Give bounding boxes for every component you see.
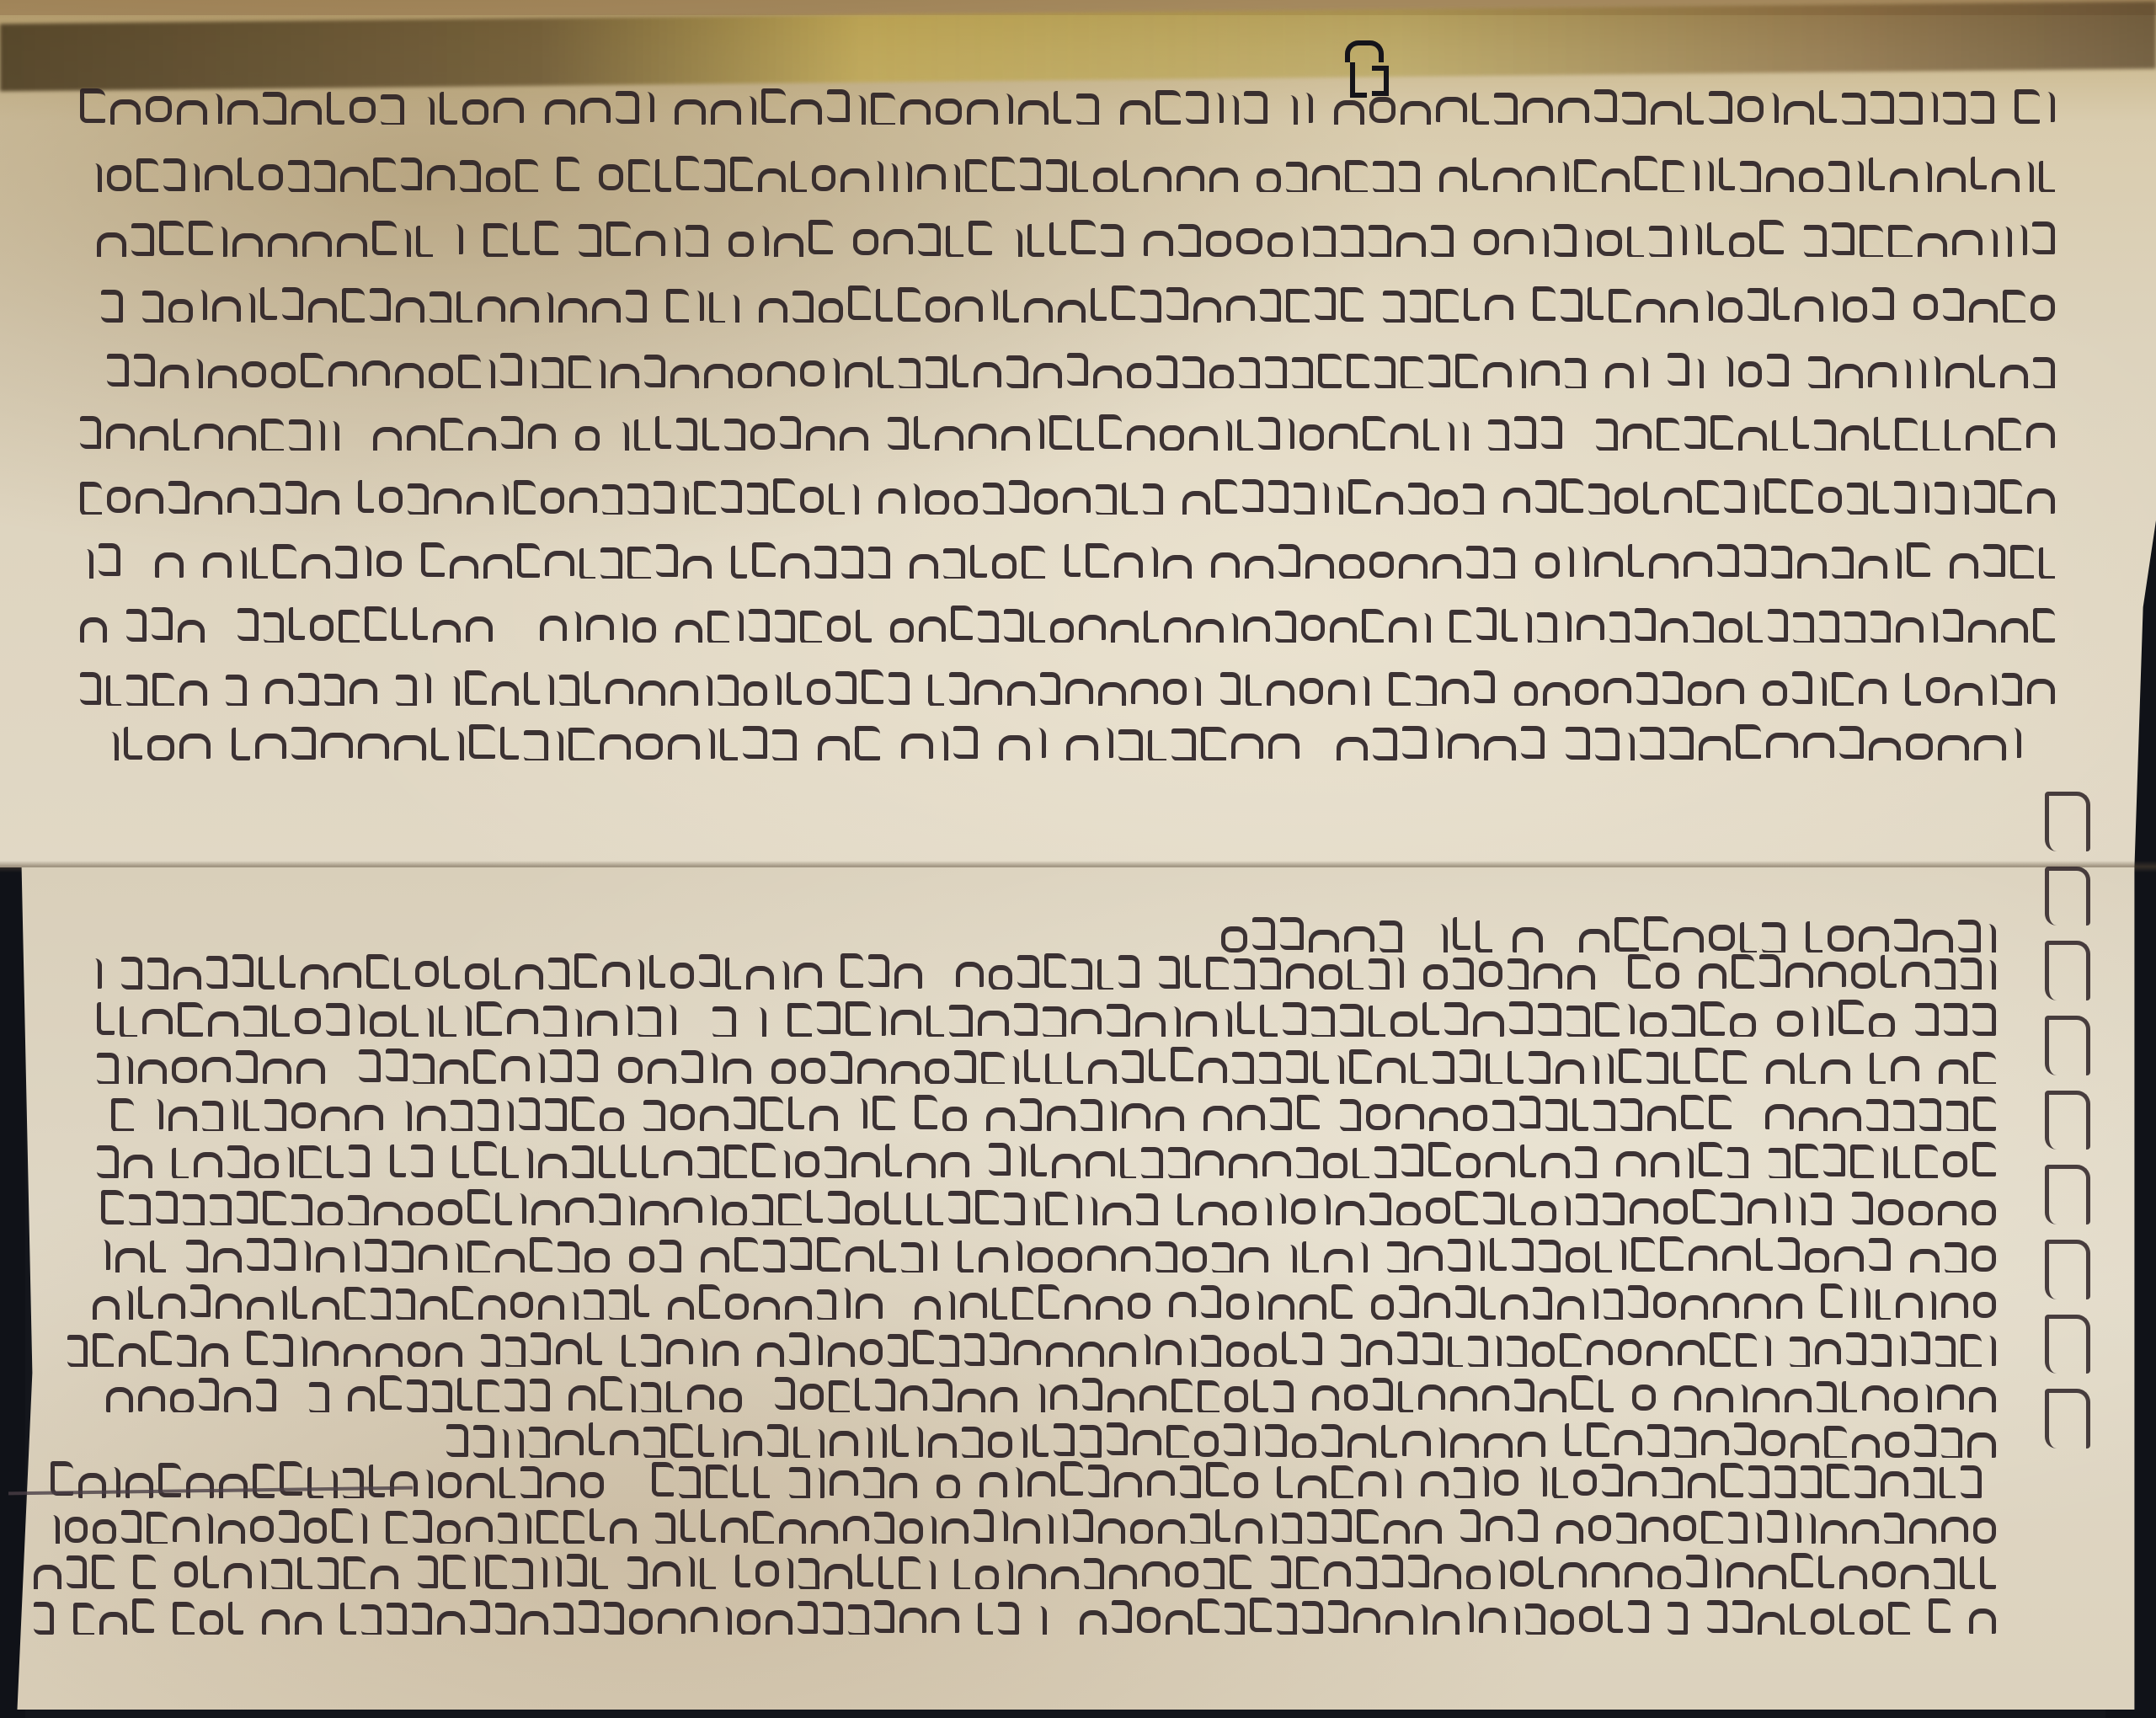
- script-glyph: [1067, 1052, 1083, 1084]
- script-glyph: [1433, 554, 1461, 579]
- script-glyph: [138, 1059, 167, 1084]
- script-glyph: [1871, 1334, 1892, 1367]
- script-glyph: [855, 95, 865, 125]
- script-glyph: [1938, 735, 1970, 760]
- script-glyph: [1969, 1609, 1996, 1634]
- script-glyph: [1288, 95, 1298, 125]
- script-glyph: [974, 1509, 994, 1542]
- script-glyph: [1120, 1148, 1136, 1178]
- script-glyph: [1514, 416, 1535, 449]
- script-glyph: [420, 1296, 447, 1320]
- script-glyph: [1337, 737, 1369, 760]
- manuscript-line: [80, 412, 2055, 451]
- script-glyph: [172, 1057, 196, 1083]
- script-glyph: [1101, 224, 1123, 257]
- script-glyph: [295, 1008, 321, 1034]
- script-glyph: [1687, 92, 1705, 125]
- script-glyph: [789, 1467, 810, 1498]
- script-glyph: [1283, 1002, 1306, 1035]
- script-glyph: [373, 427, 402, 451]
- script-glyph: [712, 1006, 736, 1037]
- script-glyph: [1014, 1340, 1041, 1365]
- script-glyph: [629, 1246, 654, 1272]
- script-glyph: [291, 100, 322, 125]
- script-glyph: [1311, 1006, 1335, 1037]
- script-glyph: [403, 1101, 412, 1131]
- script-glyph: [1888, 225, 1913, 257]
- script-glyph: [1091, 288, 1107, 321]
- script-glyph: [1852, 1192, 1874, 1224]
- script-glyph: [1455, 1285, 1476, 1318]
- script-glyph: [1396, 1202, 1421, 1225]
- script-glyph: [1709, 925, 1735, 951]
- script-glyph: [93, 1296, 120, 1320]
- script-glyph: [848, 285, 871, 320]
- script-glyph: [1004, 1192, 1026, 1225]
- script-glyph: [259, 164, 283, 190]
- script-glyph: [2000, 479, 2022, 514]
- script-glyph: [255, 734, 287, 759]
- script-glyph: [954, 1559, 970, 1589]
- script-glyph: [752, 1194, 774, 1225]
- script-glyph: [1003, 93, 1013, 124]
- script-glyph: [913, 1330, 934, 1364]
- script-glyph: [926, 296, 950, 323]
- script-glyph: [1201, 727, 1227, 760]
- script-glyph: [1472, 157, 1488, 190]
- script-glyph: [1013, 1240, 1022, 1271]
- script-glyph: [1532, 1342, 1555, 1367]
- script-glyph: [1686, 1555, 1707, 1587]
- script-glyph: [155, 552, 184, 578]
- script-glyph: [569, 1292, 579, 1320]
- script-glyph: [415, 961, 440, 987]
- script-glyph: [1033, 363, 1062, 388]
- script-glyph: [1604, 678, 1631, 703]
- script-glyph: [401, 157, 422, 190]
- script-glyph: [958, 1240, 974, 1272]
- script-glyph: [1620, 1098, 1642, 1131]
- script-glyph: [1391, 1469, 1401, 1498]
- script-glyph: [788, 1096, 804, 1129]
- script-glyph: [1344, 1385, 1368, 1411]
- script-glyph: [109, 732, 119, 760]
- script-glyph: [876, 1006, 886, 1036]
- script-glyph: [538, 1154, 567, 1178]
- script-glyph: [1415, 1519, 1442, 1544]
- script-glyph: [1065, 1294, 1091, 1320]
- script-glyph: [1251, 1426, 1260, 1456]
- script-glyph: [724, 1144, 748, 1178]
- script-glyph: [159, 221, 184, 255]
- script-glyph: [535, 1053, 544, 1083]
- script-glyph: [1051, 1566, 1079, 1589]
- script-glyph: [291, 1102, 316, 1128]
- script-glyph: [1231, 734, 1263, 759]
- script-glyph: [1366, 1104, 1390, 1130]
- script-glyph: [1422, 613, 1431, 643]
- script-glyph: [1107, 1004, 1130, 1037]
- script-glyph: [1979, 355, 1995, 387]
- script-glyph: [1983, 544, 2005, 577]
- script-glyph: [1484, 1433, 1513, 1458]
- script-glyph: [1535, 480, 1556, 513]
- script-glyph: [638, 1006, 661, 1037]
- script-glyph: [843, 1516, 870, 1541]
- script-glyph: [675, 99, 705, 125]
- script-glyph: [213, 1248, 242, 1272]
- script-glyph: [1080, 1610, 1107, 1635]
- script-glyph: [519, 1097, 541, 1130]
- script-glyph: [1038, 1606, 1047, 1635]
- script-glyph: [1206, 231, 1231, 257]
- script-glyph: [133, 1555, 155, 1589]
- script-glyph: [1565, 547, 1574, 577]
- script-glyph: [890, 618, 914, 643]
- script-glyph: [1258, 417, 1279, 450]
- script-glyph: [1087, 1246, 1116, 1271]
- script-glyph: [676, 418, 697, 451]
- script-glyph: [194, 359, 203, 388]
- script-glyph: [610, 1518, 637, 1544]
- script-glyph: [328, 361, 357, 387]
- script-glyph: [1244, 91, 1267, 124]
- script-glyph: [1552, 1467, 1568, 1498]
- script-glyph: [1030, 1198, 1039, 1225]
- script-glyph: [1707, 222, 1724, 255]
- script-glyph: [386, 1511, 407, 1544]
- script-glyph: [1257, 168, 1281, 192]
- script-glyph: [307, 1467, 323, 1498]
- script-glyph: [1389, 672, 1411, 706]
- manuscript-line: [51, 1459, 1996, 1498]
- script-glyph: [1940, 1467, 1956, 1498]
- script-glyph: [1860, 1609, 1883, 1635]
- script-glyph: [416, 226, 433, 257]
- script-glyph: [750, 424, 775, 450]
- script-glyph: [1027, 1247, 1052, 1272]
- script-glyph: [1646, 1341, 1673, 1366]
- script-glyph: [120, 1006, 137, 1037]
- script-glyph: [1961, 1465, 1982, 1498]
- script-glyph: [1177, 1193, 1193, 1225]
- script-glyph: [863, 1427, 873, 1458]
- script-glyph: [648, 1059, 676, 1084]
- script-glyph: [1474, 229, 1499, 255]
- script-glyph: [653, 1561, 680, 1587]
- script-glyph: [655, 416, 671, 449]
- script-glyph: [1348, 479, 1370, 514]
- script-glyph: [318, 1202, 342, 1225]
- script-glyph: [422, 673, 431, 703]
- script-glyph: [1657, 418, 1679, 451]
- script-glyph: [413, 1054, 435, 1084]
- script-glyph: [1267, 680, 1294, 706]
- script-glyph: [1399, 161, 1420, 192]
- script-glyph: [1928, 1291, 1937, 1320]
- script-glyph: [443, 1555, 465, 1589]
- script-glyph: [1828, 291, 1838, 322]
- script-glyph: [767, 361, 796, 387]
- script-glyph: [1166, 1425, 1189, 1458]
- script-glyph: [1732, 1600, 1753, 1633]
- script-glyph: [301, 964, 328, 990]
- script-glyph: [1961, 958, 1982, 990]
- script-glyph: [1744, 544, 1766, 577]
- script-glyph: [452, 1243, 462, 1272]
- script-glyph: [348, 1386, 375, 1411]
- script-glyph: [596, 360, 606, 388]
- script-glyph: [1918, 233, 1947, 257]
- script-glyph: [841, 1288, 851, 1318]
- script-glyph: [107, 354, 129, 387]
- script-glyph: [975, 1190, 998, 1224]
- script-glyph: [888, 1334, 908, 1367]
- script-glyph: [1020, 157, 1041, 190]
- script-glyph: [935, 426, 963, 451]
- script-glyph: [1473, 1011, 1503, 1037]
- script-glyph: [407, 425, 435, 451]
- script-glyph: [635, 959, 644, 990]
- script-glyph: [1604, 1054, 1614, 1084]
- script-glyph: [1349, 1049, 1372, 1084]
- manuscript-line: [97, 218, 2055, 257]
- script-glyph: [1166, 1610, 1193, 1635]
- script-glyph: [1112, 285, 1134, 320]
- script-glyph: [926, 356, 947, 388]
- script-glyph: [1135, 1012, 1166, 1037]
- script-glyph: [919, 616, 946, 642]
- script-glyph: [1811, 1609, 1834, 1635]
- script-glyph: [652, 1462, 675, 1497]
- script-glyph: [1189, 426, 1218, 451]
- script-glyph: [800, 487, 824, 513]
- manuscript-line: [101, 1187, 1996, 1225]
- script-glyph: [949, 672, 970, 705]
- script-glyph: [1071, 958, 1092, 990]
- script-glyph: [1795, 296, 1823, 322]
- script-glyph: [2039, 547, 2055, 579]
- script-glyph: [767, 1424, 789, 1457]
- script-glyph: [1035, 419, 1044, 449]
- script-glyph: [1302, 1241, 1319, 1272]
- script-glyph: [754, 1466, 770, 1498]
- script-glyph: [1363, 416, 1385, 451]
- script-glyph: [990, 1332, 1010, 1365]
- script-glyph: [1577, 615, 1604, 640]
- manuscript-line: [97, 998, 1996, 1037]
- script-glyph: [666, 1005, 676, 1035]
- script-glyph: [1806, 921, 1823, 952]
- script-glyph: [515, 964, 543, 990]
- script-glyph: [1893, 1100, 1915, 1131]
- script-glyph: [1454, 1467, 1475, 1498]
- script-glyph: [174, 1561, 198, 1587]
- script-glyph: [718, 675, 739, 706]
- script-glyph: [1122, 483, 1138, 515]
- script-glyph: [417, 1106, 446, 1131]
- script-glyph: [825, 1146, 846, 1178]
- script-glyph: [2027, 679, 2055, 704]
- script-glyph: [1952, 230, 1982, 255]
- script-glyph: [316, 420, 325, 451]
- script-glyph: [1509, 1001, 1533, 1034]
- script-glyph: [433, 620, 460, 643]
- script-glyph: [1832, 222, 1854, 255]
- script-glyph: [1288, 1245, 1297, 1272]
- script-glyph: [1450, 1433, 1479, 1458]
- script-glyph: [1576, 1193, 1598, 1225]
- script-glyph: [622, 1335, 637, 1367]
- manuscript-line: [80, 667, 2055, 706]
- script-glyph: [254, 1154, 279, 1178]
- script-glyph: [2003, 227, 2013, 257]
- script-glyph: [1512, 1238, 1534, 1271]
- script-glyph: [1328, 1600, 1348, 1633]
- script-glyph: [1772, 420, 1788, 451]
- script-glyph: [1541, 416, 1562, 449]
- script-glyph: [928, 1433, 957, 1458]
- script-glyph: [1736, 724, 1762, 759]
- script-glyph: [486, 168, 510, 192]
- script-glyph: [1651, 1152, 1679, 1177]
- script-glyph: [1718, 297, 1742, 323]
- script-glyph: [1460, 1509, 1481, 1542]
- script-glyph: [1479, 961, 1503, 987]
- script-glyph: [584, 671, 600, 704]
- script-glyph: [1915, 1144, 1939, 1178]
- script-glyph: [771, 1059, 796, 1084]
- script-glyph: [990, 1387, 1017, 1412]
- script-glyph: [1286, 963, 1314, 989]
- script-glyph: [111, 1098, 134, 1131]
- script-glyph: [298, 673, 319, 706]
- script-glyph: [1196, 619, 1223, 643]
- margin-glyph: [2045, 1016, 2090, 1075]
- script-glyph: [1330, 617, 1357, 643]
- script-glyph: [749, 609, 769, 642]
- script-glyph: [542, 357, 563, 388]
- script-glyph: [1109, 1565, 1137, 1589]
- script-glyph: [545, 99, 575, 125]
- script-glyph: [202, 1057, 231, 1082]
- script-glyph: [1716, 679, 1744, 704]
- script-glyph: [780, 416, 801, 449]
- script-glyph: [956, 962, 984, 987]
- script-glyph: [1852, 1519, 1879, 1544]
- script-glyph: [1128, 1293, 1150, 1319]
- script-glyph: [775, 610, 795, 643]
- script-glyph: [975, 1566, 999, 1589]
- script-glyph: [498, 1513, 518, 1544]
- script-glyph: [1700, 1001, 1726, 1036]
- script-glyph: [1483, 1192, 1505, 1224]
- script-glyph: [252, 547, 268, 579]
- script-glyph: [1036, 1384, 1045, 1412]
- script-glyph: [1050, 618, 1074, 643]
- script-glyph: [1893, 1146, 1909, 1178]
- script-glyph: [1312, 1385, 1339, 1411]
- script-glyph: [1602, 1464, 1623, 1497]
- script-glyph: [437, 1611, 464, 1635]
- script-glyph: [1109, 1342, 1136, 1367]
- script-glyph: [1566, 1006, 1590, 1037]
- script-glyph: [1669, 727, 1694, 760]
- script-glyph: [681, 1050, 703, 1083]
- script-glyph: [1020, 1098, 1042, 1131]
- script-glyph: [1854, 1465, 1876, 1498]
- script-glyph: [1212, 1242, 1234, 1272]
- script-glyph: [1043, 1006, 1066, 1037]
- script-glyph: [485, 1555, 507, 1589]
- script-glyph: [1007, 681, 1035, 706]
- script-glyph: [1460, 422, 1469, 451]
- script-glyph: [725, 958, 741, 990]
- script-glyph: [773, 478, 795, 513]
- script-glyph: [1628, 1600, 1648, 1633]
- script-glyph: [510, 297, 539, 323]
- script-glyph: [1285, 419, 1294, 449]
- script-glyph: [558, 298, 587, 323]
- script-glyph: [1573, 1470, 1598, 1496]
- script-glyph: [136, 488, 163, 514]
- script-glyph: [1554, 224, 1577, 257]
- script-glyph: [1060, 1461, 1083, 1496]
- script-glyph: [1662, 1467, 1683, 1498]
- script-glyph: [953, 355, 969, 387]
- margin-glyph: [2045, 867, 2090, 926]
- background-left: [0, 867, 25, 1718]
- script-glyph: [183, 1194, 205, 1225]
- script-glyph: [312, 1341, 339, 1366]
- script-glyph: [1222, 1009, 1232, 1037]
- manuscript-line: [80, 86, 2055, 125]
- script-glyph: [530, 1237, 553, 1272]
- script-glyph: [1102, 1203, 1131, 1225]
- script-glyph: [649, 955, 665, 988]
- script-glyph: [1171, 1379, 1193, 1412]
- script-glyph: [1479, 1608, 1506, 1633]
- script-glyph: [1211, 552, 1240, 578]
- script-glyph: [1767, 354, 1789, 387]
- script-glyph: [1945, 1242, 1967, 1272]
- script-glyph: [1631, 1237, 1655, 1272]
- script-glyph: [851, 1152, 880, 1177]
- script-glyph: [584, 1248, 609, 1272]
- script-glyph: [626, 1196, 635, 1225]
- script-glyph: [885, 1144, 901, 1176]
- script-glyph: [1369, 225, 1391, 257]
- script-glyph: [2000, 365, 2029, 388]
- script-glyph: [704, 364, 733, 388]
- script-glyph: [1510, 1561, 1534, 1587]
- script-glyph: [1192, 677, 1201, 706]
- script-glyph: [1841, 425, 1870, 451]
- script-glyph: [1767, 1510, 1787, 1543]
- script-glyph: [198, 290, 207, 320]
- script-glyph: [1265, 1424, 1287, 1457]
- script-glyph: [309, 1382, 329, 1412]
- script-glyph: [494, 958, 510, 990]
- script-glyph: [823, 1602, 843, 1635]
- script-glyph: [1012, 229, 1022, 257]
- script-glyph: [1286, 289, 1309, 323]
- script-glyph: [1868, 362, 1897, 387]
- script-glyph: [1891, 1056, 1919, 1081]
- script-glyph: [841, 953, 863, 988]
- script-glyph: [737, 1609, 760, 1635]
- script-glyph: [1428, 355, 1450, 387]
